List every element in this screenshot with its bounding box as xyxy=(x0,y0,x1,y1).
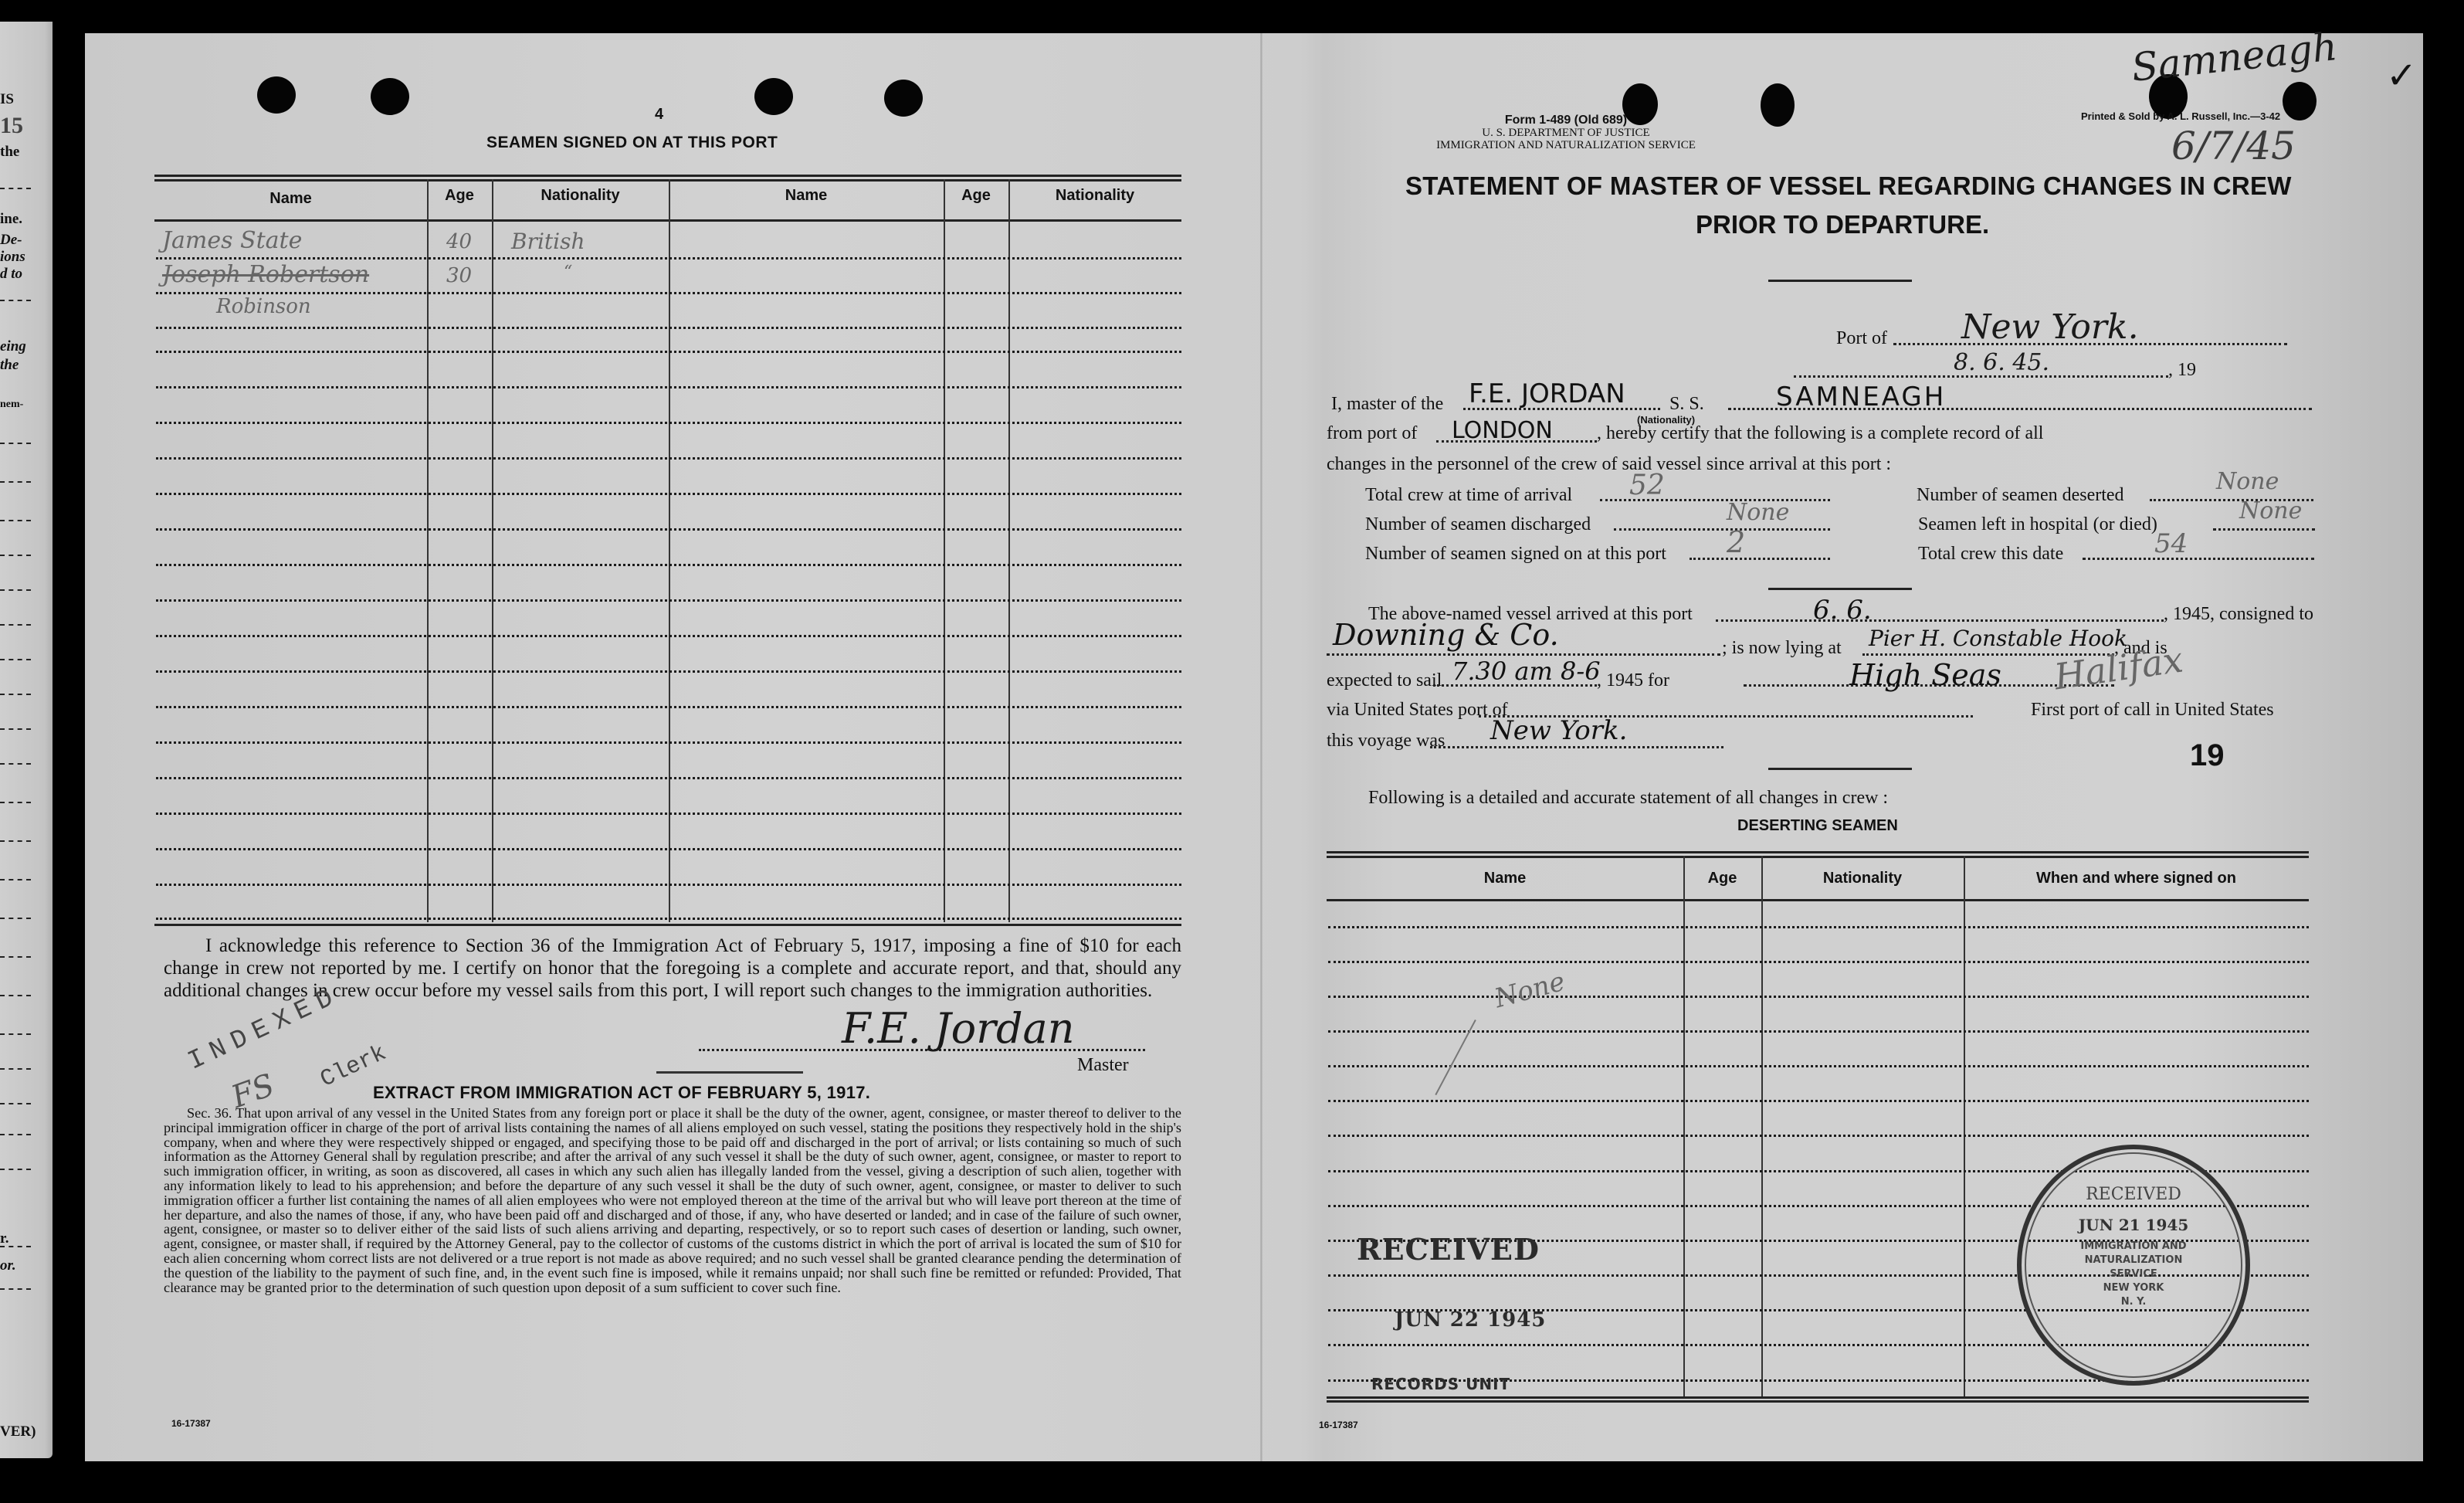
corner-note-date: 6/7/45 xyxy=(2171,124,2296,168)
changes-text: changes in the personnel of the crew of … xyxy=(1327,454,1891,475)
strip-fragment: nem- xyxy=(0,399,23,411)
row-line xyxy=(1328,926,2309,928)
row-line xyxy=(1328,1065,2309,1067)
strip-dash xyxy=(0,188,31,189)
seal-line3: SERVICE xyxy=(2022,1268,2245,1280)
service-name: IMMIGRATION AND NATURALIZATION SERVICE xyxy=(1327,139,1805,151)
strip-fragment: or. xyxy=(0,1257,16,1274)
row-line xyxy=(156,257,1181,260)
strip-dash xyxy=(0,1288,31,1290)
from-port-value: LONDON xyxy=(1452,417,1553,444)
strip-dash xyxy=(0,589,31,591)
row-line xyxy=(156,741,1181,744)
deserting-header-age: Age xyxy=(1683,870,1761,887)
signed-on-value: 2 xyxy=(1727,525,1745,559)
discharged-label: Number of seamen discharged xyxy=(1365,514,1591,535)
strip-dash xyxy=(0,624,31,626)
strip-dash xyxy=(0,956,31,958)
divider-rule xyxy=(656,1071,803,1074)
arrived-year: , 1945, consigned to xyxy=(2164,604,2313,625)
row-line xyxy=(156,599,1181,602)
discharged-field[interactable] xyxy=(1614,528,1830,531)
extract-title: EXTRACT FROM IMMIGRATION ACT OF FEBRUARY… xyxy=(373,1083,870,1103)
punch-hole xyxy=(257,76,296,114)
received-date-stamp: JUN 22 1945 xyxy=(1395,1308,1546,1332)
column-header-name: Name xyxy=(154,190,427,208)
row-line xyxy=(156,493,1181,495)
strip-dash xyxy=(0,520,31,521)
extract-text: Sec. 36. That upon arrival of any vessel… xyxy=(164,1106,1181,1294)
row-line xyxy=(156,706,1181,708)
divider-rule xyxy=(1768,768,1912,770)
divider-rule xyxy=(1768,280,1912,282)
row-line xyxy=(156,564,1181,566)
immigration-received-seal: RECEIVED JUN 21 1945 IMMIGRATION AND NAT… xyxy=(2017,1145,2250,1386)
date-year-suffix: , 19 xyxy=(2168,360,2196,381)
seal-title: RECEIVED xyxy=(2022,1185,2245,1204)
signed-on-field[interactable] xyxy=(1690,558,1830,560)
strip-fragment: eing xyxy=(0,338,26,355)
strip-dash xyxy=(0,300,31,301)
deserting-header-nationality: Nationality xyxy=(1761,870,1964,887)
punch-hole xyxy=(754,78,793,115)
print-code: 16-17387 xyxy=(171,1418,211,1429)
row-line xyxy=(156,386,1181,388)
strip-fragment: the xyxy=(0,144,19,161)
table-top-rule xyxy=(1327,851,2309,853)
form-header: Form 1-489 (Old 689) U. S. DEPARTMENT OF… xyxy=(1327,114,1805,151)
printed-year: 19 xyxy=(2190,738,2225,773)
left-page-title: SEAMEN SIGNED ON AT THIS PORT xyxy=(486,134,778,152)
signature-label: Master xyxy=(1077,1055,1129,1076)
column-header-nationality-2: Nationality xyxy=(1008,187,1181,205)
printer-credit: Printed & Sold by A. L. Russell, Inc.—3-… xyxy=(2081,110,2280,122)
deserting-header-name: Name xyxy=(1327,870,1683,887)
sail-destination-value: High Seas xyxy=(1849,658,2001,692)
punch-hole xyxy=(371,78,409,115)
strip-dash xyxy=(0,918,31,919)
strip-fragment: the xyxy=(0,357,19,374)
strip-dash xyxy=(0,1134,31,1135)
total-today-value: 54 xyxy=(2154,528,2188,559)
column-divider xyxy=(669,179,670,922)
row-line xyxy=(156,813,1181,815)
sail-year: , 1945 for xyxy=(1597,670,1669,691)
page-number: 4 xyxy=(655,106,663,124)
hospital-field[interactable] xyxy=(2213,528,2315,531)
column-header-nationality: Nationality xyxy=(492,187,669,205)
column-divider xyxy=(1964,856,1965,1396)
strip-dash xyxy=(0,995,31,996)
column-divider xyxy=(1683,856,1685,1396)
seal-line2: NATURALIZATION xyxy=(2022,1254,2245,1266)
sail-value: 7.30 am 8-6 xyxy=(1452,657,1601,686)
lying-value: Pier H. Constable Hook xyxy=(1869,626,2127,651)
deserting-seamen-title: DESERTING SEAMEN xyxy=(1737,817,1898,835)
strip-fragment: 15 xyxy=(0,113,23,139)
column-divider xyxy=(1008,179,1010,922)
row-line xyxy=(156,777,1181,779)
first-port-label: First port of call in United States xyxy=(2031,700,2274,721)
divider-rule xyxy=(1768,588,1912,590)
strip-dash xyxy=(0,1246,31,1247)
table-bottom-rule xyxy=(154,924,1181,926)
records-unit-stamp: RECORDS UNIT xyxy=(1371,1375,1510,1393)
strip-dash xyxy=(0,1169,31,1170)
row-line xyxy=(156,351,1181,353)
voyage-field[interactable] xyxy=(1430,746,1723,748)
table-cell-name: James State xyxy=(162,227,302,254)
column-divider xyxy=(492,179,493,922)
form-title-line2: PRIOR TO DEPARTURE. xyxy=(1696,210,1989,239)
row-line xyxy=(156,292,1181,294)
row-line xyxy=(156,884,1181,886)
strip-fragment: IS xyxy=(0,91,14,108)
deserted-label: Number of seamen deserted xyxy=(1917,485,2124,506)
arrived-field[interactable] xyxy=(1716,619,2164,622)
table-header-rule xyxy=(1327,899,2309,901)
strip-dash xyxy=(0,555,31,556)
strip-fragment: VER) xyxy=(0,1423,36,1440)
strip-fragment: r. xyxy=(0,1230,8,1247)
table-top-rule xyxy=(154,179,1181,182)
punch-hole xyxy=(884,80,923,117)
strip-dash xyxy=(0,879,31,880)
master-value: F.E. JORDAN xyxy=(1469,378,1625,409)
previous-page-strip: IS 15 the ine. De- ions d to eing the ne… xyxy=(0,22,53,1458)
strip-dash xyxy=(0,802,31,803)
arrived-value: 6. 6. xyxy=(1813,595,1872,626)
sail-label: expected to sail xyxy=(1327,670,1442,691)
strip-dash xyxy=(0,694,31,695)
row-line xyxy=(1328,1100,2309,1102)
row-line xyxy=(1328,1135,2309,1137)
department-name: U. S. DEPARTMENT OF JUSTICE xyxy=(1327,127,1805,139)
strip-dash xyxy=(0,659,31,660)
port-of-value: New York. xyxy=(1961,307,2139,347)
punch-hole xyxy=(2283,82,2317,120)
strip-dash xyxy=(0,443,31,444)
strip-fragment: ions xyxy=(0,249,25,266)
strip-dash xyxy=(0,840,31,842)
hospital-value: None xyxy=(2239,497,2302,524)
strip-dash xyxy=(0,1068,31,1070)
row-line xyxy=(156,528,1181,531)
table-cell-age: 40 xyxy=(446,230,472,253)
form-title-line1: STATEMENT OF MASTER OF VESSEL REGARDING … xyxy=(1405,171,2292,201)
row-line xyxy=(156,422,1181,424)
seal-line5: N. Y. xyxy=(2022,1296,2245,1308)
table-header-rule xyxy=(154,219,1181,222)
port-of-label: Port of xyxy=(1836,328,1887,349)
date-value: 8. 6. 45. xyxy=(1954,349,2049,376)
strip-fragment: d to xyxy=(0,266,22,283)
row-line xyxy=(156,327,1181,329)
row-line xyxy=(1328,961,2309,963)
lying-label: ; is now lying at xyxy=(1722,638,1842,659)
column-header-age-2: Age xyxy=(944,187,1008,205)
seal-line4: NEW YORK xyxy=(2022,1282,2245,1294)
master-label: I, master of the xyxy=(1331,394,1443,415)
column-header-name-2: Name xyxy=(669,187,944,205)
seal-line1: IMMIGRATION AND xyxy=(2022,1240,2245,1252)
strip-dash xyxy=(0,728,31,730)
row-line xyxy=(156,635,1181,637)
strip-dash xyxy=(0,481,31,483)
discharged-value: None xyxy=(1727,499,1789,526)
table-cell-nationality: “ xyxy=(564,263,572,282)
total-today-label: Total crew this date xyxy=(1918,544,2063,565)
total-arrival-label: Total crew at time of arrival xyxy=(1365,485,1572,506)
row-line xyxy=(1328,996,2309,998)
strip-dash xyxy=(0,1103,31,1104)
print-code: 16-17387 xyxy=(1319,1420,1358,1430)
hospital-label: Seamen left in hospital (or died) xyxy=(1918,514,2157,535)
column-divider xyxy=(944,179,945,922)
ss-value: SAMNEAGH xyxy=(1776,382,1946,412)
row-line xyxy=(1328,1030,2309,1033)
table-cell-nationality: British xyxy=(511,229,585,254)
consignee-field[interactable] xyxy=(1327,653,1720,656)
table-cell-name: Joseph Robertson xyxy=(162,261,369,288)
table-bottom-rule xyxy=(1327,1400,2309,1403)
table-cell-name-correction: Robinson xyxy=(216,295,311,318)
seal-date: JUN 21 1945 xyxy=(2022,1216,2245,1234)
strip-dash xyxy=(0,763,31,765)
total-today-field[interactable] xyxy=(2083,558,2314,560)
received-stamp: RECEIVED xyxy=(1357,1232,1540,1267)
ss-label: S. S. xyxy=(1669,394,1704,415)
signed-on-label: Number of seamen signed on at this port xyxy=(1365,544,1666,565)
master-signature: F.E. Jordan xyxy=(842,1004,1074,1053)
check-mark: ✓ xyxy=(2386,54,2417,97)
table-top-rule xyxy=(154,175,1181,177)
from-port-label: from port of xyxy=(1327,423,1417,444)
row-line xyxy=(156,918,1181,920)
strip-fragment: ine. xyxy=(0,211,22,228)
table-top-rule xyxy=(1327,856,2309,858)
column-header-age: Age xyxy=(427,187,492,205)
following-text: Following is a detailed and accurate sta… xyxy=(1368,788,1888,809)
strip-dash xyxy=(0,1033,31,1035)
form-number: Form 1-489 (Old 689) xyxy=(1327,114,1805,127)
strip-fragment: De- xyxy=(0,232,22,249)
voyage-value: New York. xyxy=(1490,715,1627,746)
page-fold xyxy=(1260,33,1263,1461)
consignee-value: Downing & Co. xyxy=(1333,618,1559,652)
row-line xyxy=(156,848,1181,850)
voyage-label: this voyage was xyxy=(1327,731,1445,751)
total-arrival-value: 52 xyxy=(1629,470,1665,501)
row-line xyxy=(156,457,1181,460)
table-cell-age: 30 xyxy=(446,264,472,287)
column-divider xyxy=(427,179,429,922)
row-line xyxy=(156,670,1181,673)
deserting-header-signed-on: When and where signed on xyxy=(1964,870,2309,887)
table-bottom-rule xyxy=(1327,1396,2309,1399)
column-divider xyxy=(1761,856,1763,1396)
certify-text: , hereby certify that the following is a… xyxy=(1597,423,2043,444)
deserted-value: None xyxy=(2216,468,2279,495)
